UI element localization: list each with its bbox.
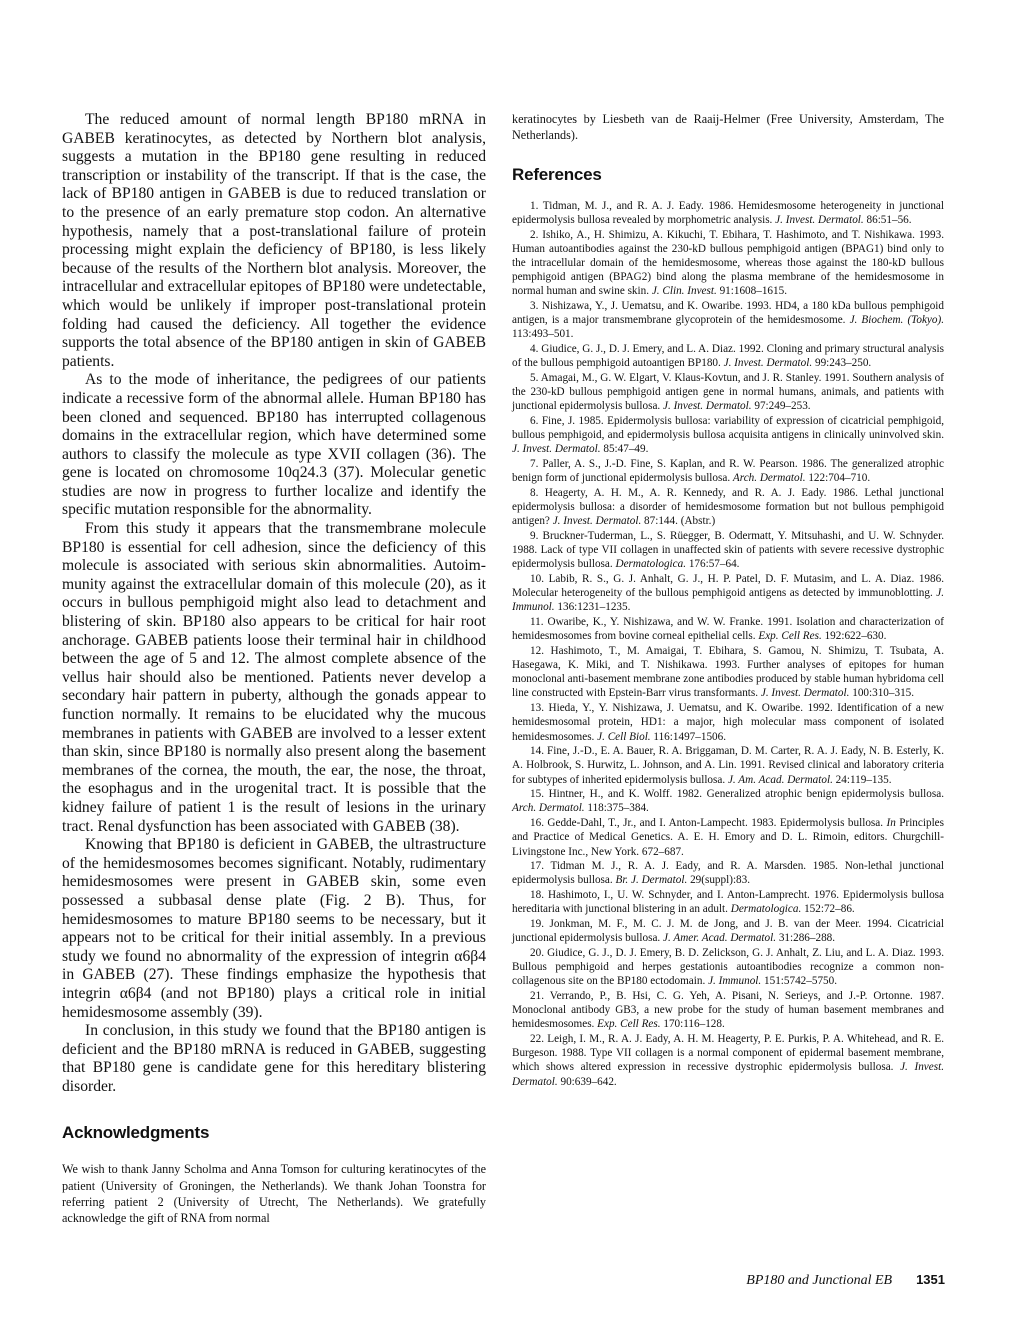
reference-journal: J. Am. Acad. Dermatol. [728, 774, 833, 786]
references-heading: References [512, 165, 944, 185]
reference-journal: J. Biochem. (Tokyo). [850, 314, 944, 326]
reference-citation: 192:622–630. [822, 630, 887, 642]
reference-item: 9. Bruckner-Tuderman, L., S. Rüegger, B.… [512, 529, 944, 571]
reference-item: 10. Labib, R. S., G. J. Anhalt, G. J., H… [512, 572, 944, 614]
reference-citation: 176:57–64. [686, 558, 739, 570]
reference-item: 13. Hieda, Y., Y. Nishizawa, J. Uematsu,… [512, 701, 944, 743]
reference-item: 8. Heagerty, A. H. M., A. R. Kennedy, an… [512, 486, 944, 528]
reference-citation: 87:144. (Abstr.) [641, 515, 715, 527]
body-paragraph-2: As to the mode of inheritance, the pedig… [62, 371, 486, 520]
reference-item: 14. Fine, J.-D., E. A. Bauer, R. A. Brig… [512, 744, 944, 786]
reference-item: 11. Owaribe, K., Y. Nishizawa, and W. W.… [512, 615, 944, 643]
reference-citation: 116:1497–1506. [651, 731, 726, 743]
reference-item: 12. Hashimoto, T., M. Amaigai, T. Ebihar… [512, 644, 944, 701]
reference-journal: J. Amer. Acad. Dermatol. [663, 932, 776, 944]
reference-journal: J. Invest. Dermatol. [663, 400, 752, 412]
left-column: The reduced amount of normal length BP18… [62, 111, 486, 1227]
reference-citation: 29(suppl):83. [687, 874, 750, 886]
reference-text: 10. Labib, R. S., G. J. Anhalt, G. J., H… [512, 573, 944, 599]
page-footer: BP180 and Junctional EB 1351 [700, 1272, 945, 1289]
body-paragraph-4: Knowing that BP180 is deficient in GABEB… [62, 836, 486, 1022]
reference-citation: 151:5742–5750. [761, 975, 837, 987]
reference-journal: J. Cell Biol. [597, 731, 650, 743]
reference-citation: 91:1608–1615. [717, 285, 787, 297]
reference-journal: J. Immunol. [708, 975, 761, 987]
reference-journal: Exp. Cell Res. [758, 630, 821, 642]
reference-text: 15. Hintner, H., and K. Wolff. 1982. Gen… [530, 788, 944, 800]
reference-citation: 152:72–86. [801, 903, 854, 915]
reference-journal: Exp. Cell Res. [597, 1018, 660, 1030]
reference-item: 2. Ishiko, A., H. Shimizu, A. Kikuchi, T… [512, 228, 944, 299]
reference-journal: J. Invest. Dermatol. [775, 214, 864, 226]
reference-text: 6. Fine, J. 1985. Epidermolysis bullosa:… [512, 415, 944, 441]
reference-citation: 99:243–250. [812, 357, 871, 369]
reference-citation: 100:310–315. [849, 687, 914, 699]
reference-item: 4. Giudice, G. J., D. J. Emery, and L. A… [512, 342, 944, 370]
reference-item: 16. Gedde-Dahl, T., Jr., and I. Anton-La… [512, 816, 944, 858]
reference-item: 7. Paller, A. S., J.-D. Fine, S. Kaplan,… [512, 457, 944, 485]
reference-citation: 97:249–253. [752, 400, 811, 412]
reference-citation: 113:493–501. [512, 328, 573, 340]
reference-journal: J. Invest. Dermatol. [761, 687, 850, 699]
reference-text: 18. Hashimoto, I., U. W. Schnyder, and I… [512, 889, 944, 915]
reference-item: 19. Jonkman, M. F., M. C. J. M. de Jong,… [512, 917, 944, 945]
reference-text: 22. Leigh, I. M., R. A. J. Eady, A. H. M… [512, 1033, 944, 1073]
reference-journal: Dermatologica. [731, 903, 802, 915]
reference-journal: Arch. Dermatol. [733, 472, 806, 484]
reference-text: 21. Verrando, P., B. Hsi, C. G. Yeh, A. … [512, 990, 944, 1030]
reference-text: 13. Hieda, Y., Y. Nishizawa, J. Uematsu,… [512, 702, 944, 742]
reference-citation: 90:639–642. [558, 1076, 617, 1088]
reference-item: 18. Hashimoto, I., U. W. Schnyder, and I… [512, 888, 944, 916]
acknowledgments-heading: Acknowledgments [62, 1123, 486, 1143]
reference-item: 15. Hintner, H., and K. Wolff. 1982. Gen… [512, 787, 944, 815]
acknowledgments-text-continued: keratinocytes by Liesbeth van de Raaij-H… [512, 111, 944, 144]
reference-journal: J. Invest. Dermatol. [512, 443, 601, 455]
reference-item: 3. Nishizawa, Y., J. Uematsu, and K. Owa… [512, 299, 944, 341]
reference-citation: 24:119–135. [833, 774, 892, 786]
reference-item: 20. Giudice, G. J., D. J. Emery, B. D. Z… [512, 946, 944, 988]
reference-item: 22. Leigh, I. M., R. A. J. Eady, A. H. M… [512, 1032, 944, 1089]
reference-journal: J. Invest. Der­matol. [724, 357, 813, 369]
reference-item: 5. Amagai, M., G. W. Elgart, V. Klaus-Ko… [512, 371, 944, 413]
reference-citation: 122:704–710. [806, 472, 871, 484]
reference-citation: 85:47–49. [601, 443, 649, 455]
body-paragraph-3: From this study it appears that the tran… [62, 520, 486, 836]
reference-journal: J. Clin. Invest. [652, 285, 717, 297]
reference-item: 1. Tidman, M. J., and R. A. J. Eady. 198… [512, 199, 944, 227]
reference-citation: 31:286–288. [776, 932, 835, 944]
reference-citation: 86:51–56. [864, 214, 912, 226]
reference-item: 21. Verrando, P., B. Hsi, C. G. Yeh, A. … [512, 989, 944, 1031]
reference-citation: 136:1231–1235. [555, 601, 631, 613]
reference-citation: 118:375–384. [585, 802, 649, 814]
reference-text: 16. Gedde-Dahl, T., Jr., and I. Anton-La… [530, 817, 886, 829]
page-number: 1351 [916, 1272, 945, 1287]
reference-list: 1. Tidman, M. J., and R. A. J. Eady. 198… [512, 199, 944, 1089]
reference-item: 6. Fine, J. 1985. Epidermolysis bullosa:… [512, 414, 944, 456]
reference-journal: In [886, 817, 895, 829]
reference-item: 17. Tidman M. J., R. A. J. Eady, and R. … [512, 859, 944, 887]
acknowledgments-text: We wish to thank Janny Scholma and Anna … [62, 1161, 486, 1226]
running-title: BP180 and Junctional EB [746, 1273, 892, 1289]
reference-citation: 170:116–128. [661, 1018, 725, 1030]
body-paragraph-5: In conclusion, in this study we found th… [62, 1022, 486, 1096]
right-column: keratinocytes by Liesbeth van de Raaij-H… [512, 111, 944, 1089]
body-paragraph-1: The reduced amount of normal length BP18… [62, 111, 486, 371]
reference-journal: Arch. Dermatol. [512, 802, 585, 814]
reference-journal: Dermatologica. [615, 558, 686, 570]
reference-text: 7. Paller, A. S., J.-D. Fine, S. Kaplan,… [512, 458, 944, 484]
reference-journal: Br. J. Dermatol. [615, 874, 687, 886]
reference-journal: J. Invest. Dermatol. [553, 515, 642, 527]
